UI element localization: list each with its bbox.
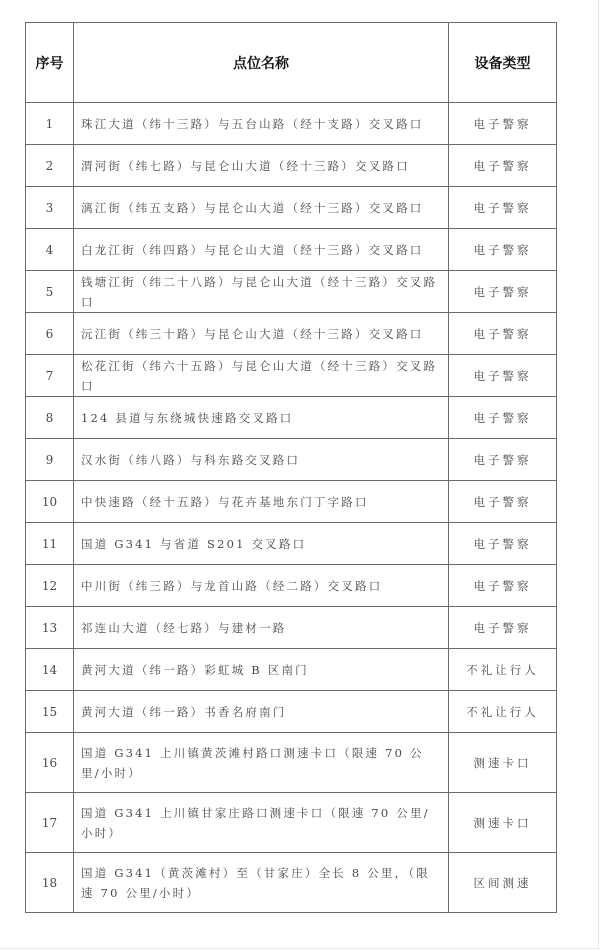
row-index: 6 <box>26 313 74 355</box>
row-location: 钱塘江街（纬二十八路）与昆仑山大道（经十三路）交叉路口 <box>74 271 449 313</box>
table-row: 17 国道 G341 上川镇甘家庄路口测速卡口（限速 70 公里/小时） 测速卡… <box>26 793 557 853</box>
row-location: 中川街（纬三路）与龙首山路（经二路）交叉路口 <box>74 565 449 607</box>
row-location: 国道 G341（黄茨滩村）至（甘家庄）全长 8 公里，（限速 70 公里/小时） <box>74 853 449 913</box>
row-device-type: 测速卡口 <box>449 793 557 853</box>
row-index: 1 <box>26 103 74 145</box>
row-index: 10 <box>26 481 74 523</box>
row-device-type: 电子警察 <box>449 439 557 481</box>
row-location: 祁连山大道（经七路）与建材一路 <box>74 607 449 649</box>
row-location: 黄河大道（纬一路）彩虹城 B 区南门 <box>74 649 449 691</box>
row-index: 9 <box>26 439 74 481</box>
row-index: 2 <box>26 145 74 187</box>
table-row: 4 白龙江街（纬四路）与昆仑山大道（经十三路）交叉路口 电子警察 <box>26 229 557 271</box>
header-location: 点位名称 <box>74 23 449 103</box>
row-device-type: 电子警察 <box>449 313 557 355</box>
table-row: 3 漓江街（纬五支路）与昆仑山大道（经十三路）交叉路口 电子警察 <box>26 187 557 229</box>
row-device-type: 电子警察 <box>449 565 557 607</box>
table-row: 8 124 县道与东绕城快速路交叉路口 电子警察 <box>26 397 557 439</box>
row-location: 国道 G341 上川镇甘家庄路口测速卡口（限速 70 公里/小时） <box>74 793 449 853</box>
row-index: 3 <box>26 187 74 229</box>
row-index: 16 <box>26 733 74 793</box>
row-index: 7 <box>26 355 74 397</box>
row-index: 8 <box>26 397 74 439</box>
row-device-type: 电子警察 <box>449 523 557 565</box>
header-index: 序号 <box>26 23 74 103</box>
row-location: 国道 G341 与省道 S201 交叉路口 <box>74 523 449 565</box>
row-location: 松花江街（纬六十五路）与昆仑山大道（经十三路）交叉路口 <box>74 355 449 397</box>
row-device-type: 电子警察 <box>449 229 557 271</box>
row-device-type: 电子警察 <box>449 355 557 397</box>
row-location: 汉水街（纬八路）与科东路交叉路口 <box>74 439 449 481</box>
row-index: 18 <box>26 853 74 913</box>
table-row: 10 中快速路（经十五路）与花卉基地东门丁字路口 电子警察 <box>26 481 557 523</box>
table-row: 12 中川街（纬三路）与龙首山路（经二路）交叉路口 电子警察 <box>26 565 557 607</box>
table-header-row: 序号 点位名称 设备类型 <box>26 23 557 103</box>
row-device-type: 电子警察 <box>449 271 557 313</box>
row-device-type: 电子警察 <box>449 187 557 229</box>
table-row: 1 珠江大道（纬十三路）与五台山路（经十支路）交叉路口 电子警察 <box>26 103 557 145</box>
row-index: 4 <box>26 229 74 271</box>
row-device-type: 测速卡口 <box>449 733 557 793</box>
table-row: 9 汉水街（纬八路）与科东路交叉路口 电子警察 <box>26 439 557 481</box>
row-device-type: 区间测速 <box>449 853 557 913</box>
table-row: 18 国道 G341（黄茨滩村）至（甘家庄）全长 8 公里，（限速 70 公里/… <box>26 853 557 913</box>
row-location: 白龙江街（纬四路）与昆仑山大道（经十三路）交叉路口 <box>74 229 449 271</box>
table-row: 13 祁连山大道（经七路）与建材一路 电子警察 <box>26 607 557 649</box>
row-location: 沅江街（纬三十路）与昆仑山大道（经十三路）交叉路口 <box>74 313 449 355</box>
row-device-type: 电子警察 <box>449 397 557 439</box>
row-device-type: 不礼让行人 <box>449 649 557 691</box>
table-row: 15 黄河大道（纬一路）书香名府南门 不礼让行人 <box>26 691 557 733</box>
row-index: 14 <box>26 649 74 691</box>
row-index: 5 <box>26 271 74 313</box>
row-device-type: 电子警察 <box>449 481 557 523</box>
table-row: 11 国道 G341 与省道 S201 交叉路口 电子警察 <box>26 523 557 565</box>
row-location: 国道 G341 上川镇黄茨滩村路口测速卡口（限速 70 公里/小时） <box>74 733 449 793</box>
table-row: 7 松花江街（纬六十五路）与昆仑山大道（经十三路）交叉路口 电子警察 <box>26 355 557 397</box>
row-index: 17 <box>26 793 74 853</box>
row-device-type: 电子警察 <box>449 103 557 145</box>
table-row: 6 沅江街（纬三十路）与昆仑山大道（经十三路）交叉路口 电子警察 <box>26 313 557 355</box>
row-device-type: 电子警察 <box>449 145 557 187</box>
row-location: 黄河大道（纬一路）书香名府南门 <box>74 691 449 733</box>
row-device-type: 电子警察 <box>449 607 557 649</box>
row-location: 中快速路（经十五路）与花卉基地东门丁字路口 <box>74 481 449 523</box>
table-row: 14 黄河大道（纬一路）彩虹城 B 区南门 不礼让行人 <box>26 649 557 691</box>
row-device-type: 不礼让行人 <box>449 691 557 733</box>
table-row: 16 国道 G341 上川镇黄茨滩村路口测速卡口（限速 70 公里/小时） 测速… <box>26 733 557 793</box>
row-location: 124 县道与东绕城快速路交叉路口 <box>74 397 449 439</box>
row-index: 13 <box>26 607 74 649</box>
header-device-type: 设备类型 <box>449 23 557 103</box>
row-location: 漓江街（纬五支路）与昆仑山大道（经十三路）交叉路口 <box>74 187 449 229</box>
row-location: 渭河街（纬七路）与昆仑山大道（经十三路）交叉路口 <box>74 145 449 187</box>
table-row: 2 渭河街（纬七路）与昆仑山大道（经十三路）交叉路口 电子警察 <box>26 145 557 187</box>
table-row: 5 钱塘江街（纬二十八路）与昆仑山大道（经十三路）交叉路口 电子警察 <box>26 271 557 313</box>
row-index: 11 <box>26 523 74 565</box>
enforcement-points-table: 序号 点位名称 设备类型 1 珠江大道（纬十三路）与五台山路（经十支路）交叉路口… <box>25 22 557 913</box>
row-index: 12 <box>26 565 74 607</box>
row-index: 15 <box>26 691 74 733</box>
row-location: 珠江大道（纬十三路）与五台山路（经十支路）交叉路口 <box>74 103 449 145</box>
